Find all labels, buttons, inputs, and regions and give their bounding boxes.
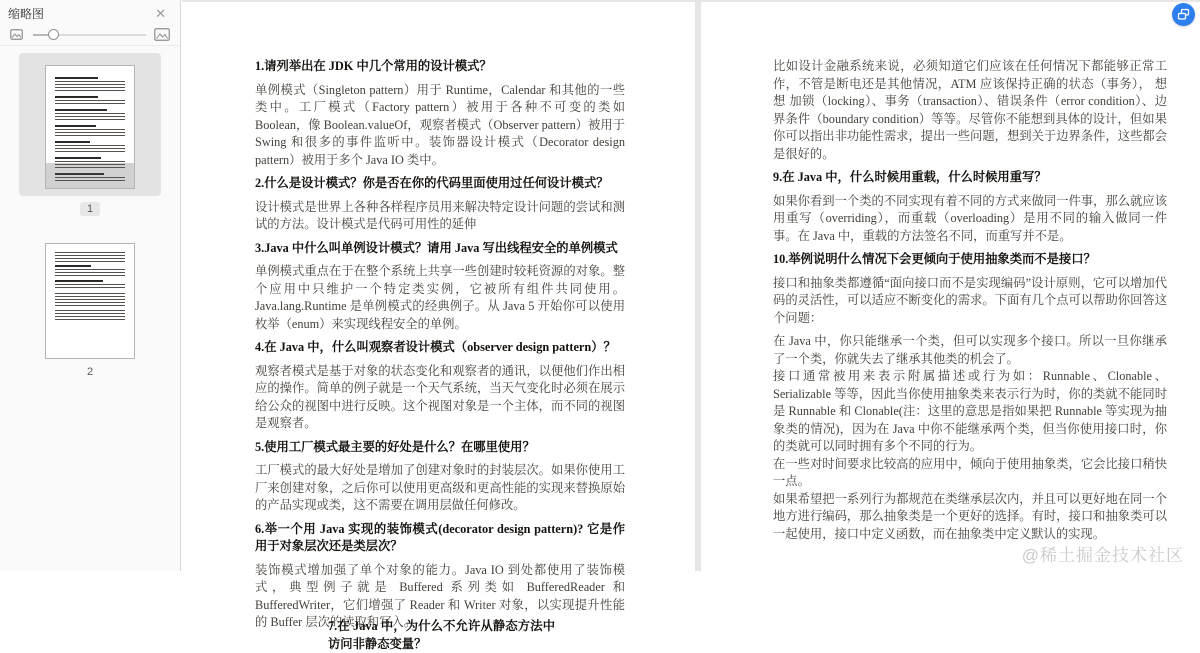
question-heading: 3.Java 中什么叫单例设计模式？请用 Java 写出线程安全的单例模式 [255,240,625,258]
thumbnail-page-preview[interactable] [45,243,135,359]
question-heading: 5.使用工厂模式最主要的好处是什么？在哪里使用？ [255,439,625,457]
page-1-content: 1.请列举出在 JDK 中几个常用的设计模式？ 单例模式（Singleton p… [182,2,695,571]
thumbnail-viewport-shade [46,163,134,188]
thumbnail-page-preview[interactable] [45,65,135,189]
large-image-icon[interactable] [154,28,170,41]
answer-paragraph: 接口和抽象类都遵循“面向接口而不是实现编码”设计原则，它可以增加代码的灵活性，可… [773,275,1167,328]
answer-paragraph: 观察者模式是基于对象的状态变化和观察者的通讯，以便他们作出相应的操作。简单的例子… [255,363,625,433]
sidebar-title: 缩略图 [8,5,44,22]
thumbnail-size-toolbar [0,24,180,46]
answer-paragraph: 在 Java 中，你只能继承一个类，但可以实现多个接口。所以一旦你继承了一个类，… [773,333,1167,543]
site-watermark: @稀土掘金技术社区 [1022,541,1184,566]
answer-paragraph: 工厂模式的最大好处是增加了创建对象时的封装层次。如果你使用工厂来创建对象，之后你… [255,462,625,515]
page-2-content: 比如设计金融系统来说，必须知道它们应该在任何情况下都能够正常工作，不管是断电还是… [701,2,1200,543]
thumbnail-list: 1 2 [0,47,180,380]
question-heading: 10.举例说明什么情况下会更倾向于使用抽象类而不是接口？ [773,251,1167,269]
document-viewport: 1.请列举出在 JDK 中几个常用的设计模式？ 单例模式（Singleton p… [182,0,1200,571]
thumbnail-item-page-1[interactable]: 1 [0,53,180,217]
thumbnail-size-slider[interactable] [33,29,146,41]
thumbnail-sidebar: 缩略图 ✕ [0,0,181,571]
small-image-icon[interactable] [10,29,23,40]
floating-action-button[interactable] [1172,3,1195,26]
document-page-2: 比如设计金融系统来说，必须知道它们应该在任何情况下都能够正常工作，不管是断电还是… [701,2,1200,571]
sidebar-header: 缩略图 ✕ [0,0,180,24]
question-heading-clipped: 7.在 Java 中，为什么不允许从静态方法中访问非静态变量？ [255,562,625,571]
question-heading: 1.请列举出在 JDK 中几个常用的设计模式？ [255,58,625,76]
answer-paragraph: 设计模式是世界上各种各样程序员用来解决特定设计问题的尝试和测试的方法。设计模式是… [255,199,625,234]
question-heading: 6.举一个用 Java 实现的装饰模式(decorator design pat… [255,521,625,556]
thumbnail-selected-highlight[interactable] [19,53,161,196]
thumbnail-item-page-2[interactable]: 2 [0,243,180,380]
question-heading: 9.在 Java 中，什么时候用重载，什么时候用重写？ [773,169,1167,187]
answer-paragraph: 如果你看到一个类的不同实现有着不同的方式来做同一件事，那么就应该用重写（over… [773,193,1167,246]
question-heading: 4.在 Java 中，什么叫观察者设计模式（observer design pa… [255,339,625,357]
close-icon[interactable]: ✕ [155,7,166,20]
answer-paragraph: 单例模式重点在于在整个系统上共享一些创建时较耗资源的对象。整个应用中只维护一个特… [255,263,625,333]
answer-paragraph: 比如设计金融系统来说，必须知道它们应该在任何情况下都能够正常工作，不管是断电还是… [773,58,1167,163]
slider-knob[interactable] [48,29,59,40]
copy-pages-icon [1177,8,1190,21]
thumbnail-page-number[interactable]: 1 [80,202,100,216]
thumbnail-page-number[interactable]: 2 [80,365,100,379]
answer-paragraph: 单例模式（Singleton pattern）用于 Runtime，Calend… [255,82,625,170]
question-heading: 2.什么是设计模式？你是否在你的代码里面使用过任何设计模式？ [255,175,625,193]
document-page-1: 1.请列举出在 JDK 中几个常用的设计模式？ 单例模式（Singleton p… [182,2,695,571]
thumbnail-text-decoration [55,252,125,320]
